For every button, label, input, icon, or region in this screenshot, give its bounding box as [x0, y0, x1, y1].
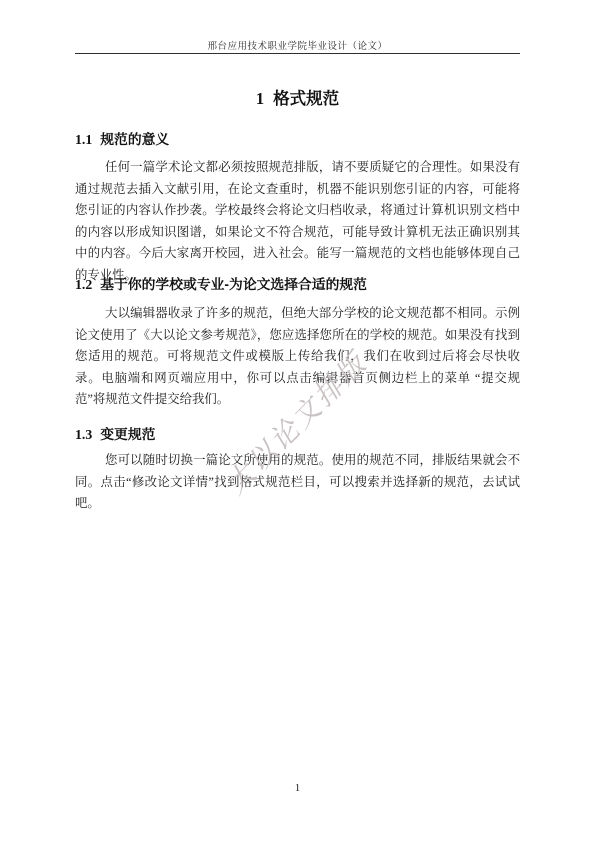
paragraph: 任何一篇学术论文都必须按照规范排版，请不要质疑它的合理性。如果没有通过规范去插入…	[75, 157, 520, 286]
chapter-number: 1	[256, 89, 264, 108]
section-heading-1-3: 1.3变更规范	[75, 423, 520, 443]
section-heading-text: 基于你的学校或专业-为论文选择合适的规范	[100, 277, 367, 292]
section-number: 1.2	[75, 277, 92, 292]
chapter-title-text: 格式规范	[273, 90, 339, 108]
section-number: 1.1	[75, 132, 92, 147]
running-head: 邢台应用技术职业学院毕业设计（论文）	[75, 38, 520, 52]
section-heading-text: 变更规范	[100, 427, 155, 442]
header-rule-divider	[75, 53, 520, 54]
page-number: 1	[0, 782, 595, 794]
section-heading-1-2: 1.2基于你的学校或专业-为论文选择合适的规范	[75, 273, 520, 293]
chapter-title: 1格式规范	[0, 85, 595, 109]
section-number: 1.3	[75, 427, 92, 442]
paragraph: 您可以随时切换一篇论文所使用的规范。使用的规范不同，排版结果就会不同。点击“修改…	[75, 450, 520, 515]
document-page: 邢台应用技术职业学院毕业设计（论文） 1格式规范 1.1规范的意义 任何一篇学术…	[0, 0, 595, 842]
section-heading-1-1: 1.1规范的意义	[75, 128, 520, 148]
paragraph: 大以编辑器收录了许多的规范，但绝大部分学校的论文规范都不相同。示例论文使用了《大…	[75, 303, 520, 411]
section-heading-text: 规范的意义	[100, 132, 169, 147]
